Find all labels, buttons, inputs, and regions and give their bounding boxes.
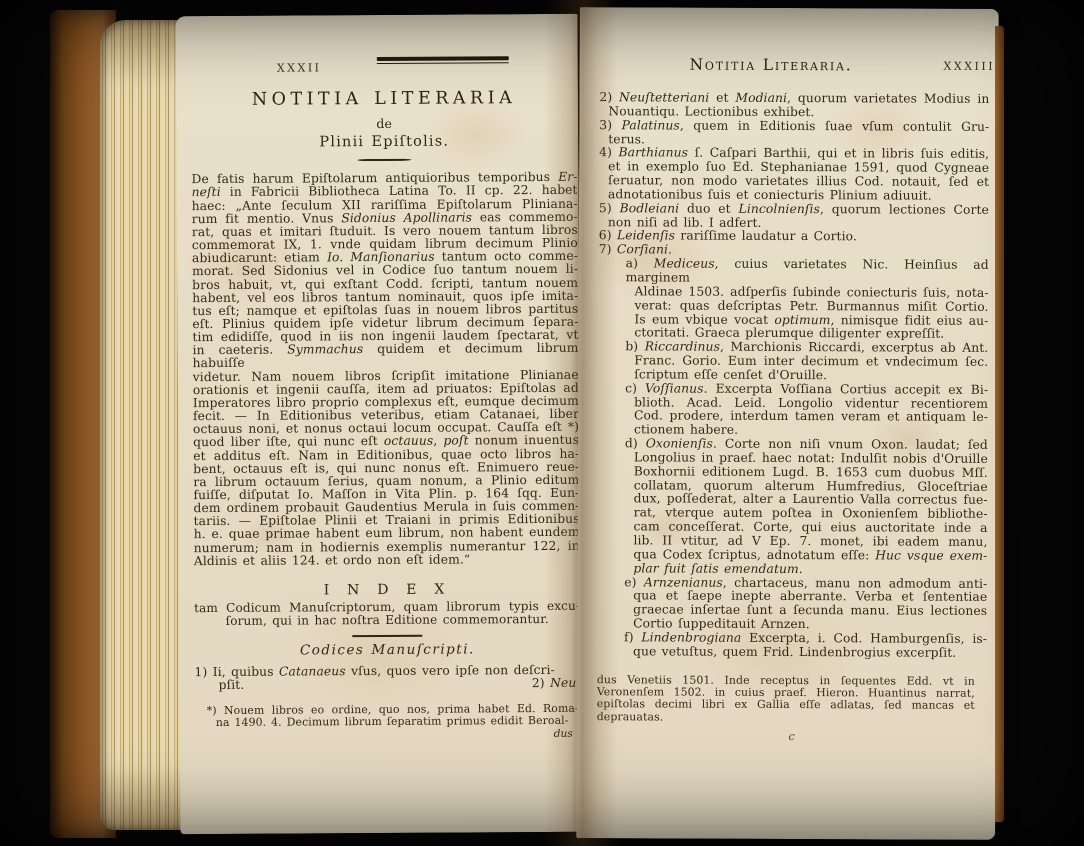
list-item: 3) Palatinus, quem in Editionis ſuae vſu… xyxy=(599,119,989,148)
page-subtitle: Plinii Epiſtolis. xyxy=(191,135,577,151)
book-cover-right xyxy=(995,26,1004,822)
header-ornament-rule xyxy=(377,56,509,64)
catchword: 2) Neu- xyxy=(532,677,581,690)
manuscript-items: 2) Neuſtetteriani et Modiani, quorum var… xyxy=(599,91,990,259)
text-line: deprauatas. xyxy=(597,711,975,725)
index-item-1: 1) Ii, quibus Catanaeus vſus, quos vero … xyxy=(194,663,580,679)
text-line: a) Mediceus, cuius varietates Nic. Heinſ… xyxy=(626,257,989,286)
right-page: Notitia Literaria. XXXIII 2) Neuſtetteri… xyxy=(576,7,999,840)
text-line: 1) Ii, quibus Catanaeus vſus, quos vero … xyxy=(194,663,580,679)
text-line: Aldinis et aliis 124. et ordo non eſt id… xyxy=(194,553,580,569)
signature-mark: c xyxy=(597,729,987,745)
text-line: 3) Palatinus, quem in Editionis ſuae vſu… xyxy=(599,119,989,135)
index-rule xyxy=(352,635,422,637)
main-paragraph: De fatis harum Epiſtolarum antiquioribus… xyxy=(191,171,579,568)
book-photo: XXXII NOTITIA LITERARIA de Plinii Epiſto… xyxy=(0,0,1084,846)
text-line: ſorum, qui in hac noſtra Editione commem… xyxy=(194,613,580,628)
text-line: na 1490. 4. Decimum librum ſeparatim pri… xyxy=(207,715,579,730)
title-de: de xyxy=(191,116,577,132)
text-line: in caeteris. Symmachus quidem et decimum… xyxy=(193,342,579,371)
right-footnote: dus Venetiis 1501. Inde receptus in ſequ… xyxy=(597,674,975,725)
text-line: que vetuſtus, quem Frid. Lindenbrogius e… xyxy=(633,645,987,660)
left-footnote: *) Nouem libros eo ordine, quo nos, prim… xyxy=(207,703,579,730)
list-item: 4) Barthianus ſ. Caſpari Barthii, qui et… xyxy=(599,147,989,204)
list-item: a) Mediceus, cuius varietates Nic. Heinſ… xyxy=(625,257,988,342)
right-page-header: Notitia Literaria. XXXIII xyxy=(580,55,999,57)
list-item: f) Lindenbrogiana Excerpta, i. Cod. Hamb… xyxy=(624,631,987,660)
item-continuation-text: pſit. xyxy=(219,679,245,692)
rule-thick xyxy=(377,56,509,61)
right-page-number: XXXIII xyxy=(944,60,996,73)
list-item: e) Arnzenianus, chartaceus, manu non adm… xyxy=(624,576,987,633)
page-title: NOTITIA LITERARIA xyxy=(191,92,577,108)
left-page: XXXII NOTITIA LITERARIA de Plinii Epiſto… xyxy=(176,14,583,834)
list-item: c) Voſſianus. Excerpta Voſſiana Cortius … xyxy=(625,382,988,439)
right-page-content: 2) Neuſtetteriani et Modiani, quorum var… xyxy=(597,91,990,745)
manuscript-subitems: a) Mediceus, cuius varietates Nic. Heinſ… xyxy=(624,257,989,660)
codices-heading: Codices Manuſcripti. xyxy=(194,642,580,658)
list-item: d) Oxonienſis. Corte non niſi vnum Oxon.… xyxy=(624,437,988,577)
list-item: 5) Bodleiani duo et Lincolnienſis, quoru… xyxy=(599,202,989,231)
footnote-catchword: dus xyxy=(207,727,579,742)
index-subtitle: tam Codicum Manuſcriptorum, quam libroru… xyxy=(194,600,580,628)
subtitle-rule xyxy=(357,159,411,161)
running-head: Notitia Literaria. xyxy=(690,56,853,75)
left-page-content: XXXII NOTITIA LITERARIA de Plinii Epiſto… xyxy=(191,54,581,742)
list-item: b) Riccardinus, Marchionis Riccardi, exc… xyxy=(625,340,988,383)
rule-thin xyxy=(377,62,509,64)
index-heading: I N D E X xyxy=(194,583,580,599)
index-item-1-continuation: pſit. 2) Neu- xyxy=(195,677,581,693)
left-page-header: XXXII xyxy=(191,54,577,92)
list-item: 2) Neuſtetteriani et Modiani, quorum var… xyxy=(599,91,989,120)
left-page-number: XXXII xyxy=(277,61,322,74)
